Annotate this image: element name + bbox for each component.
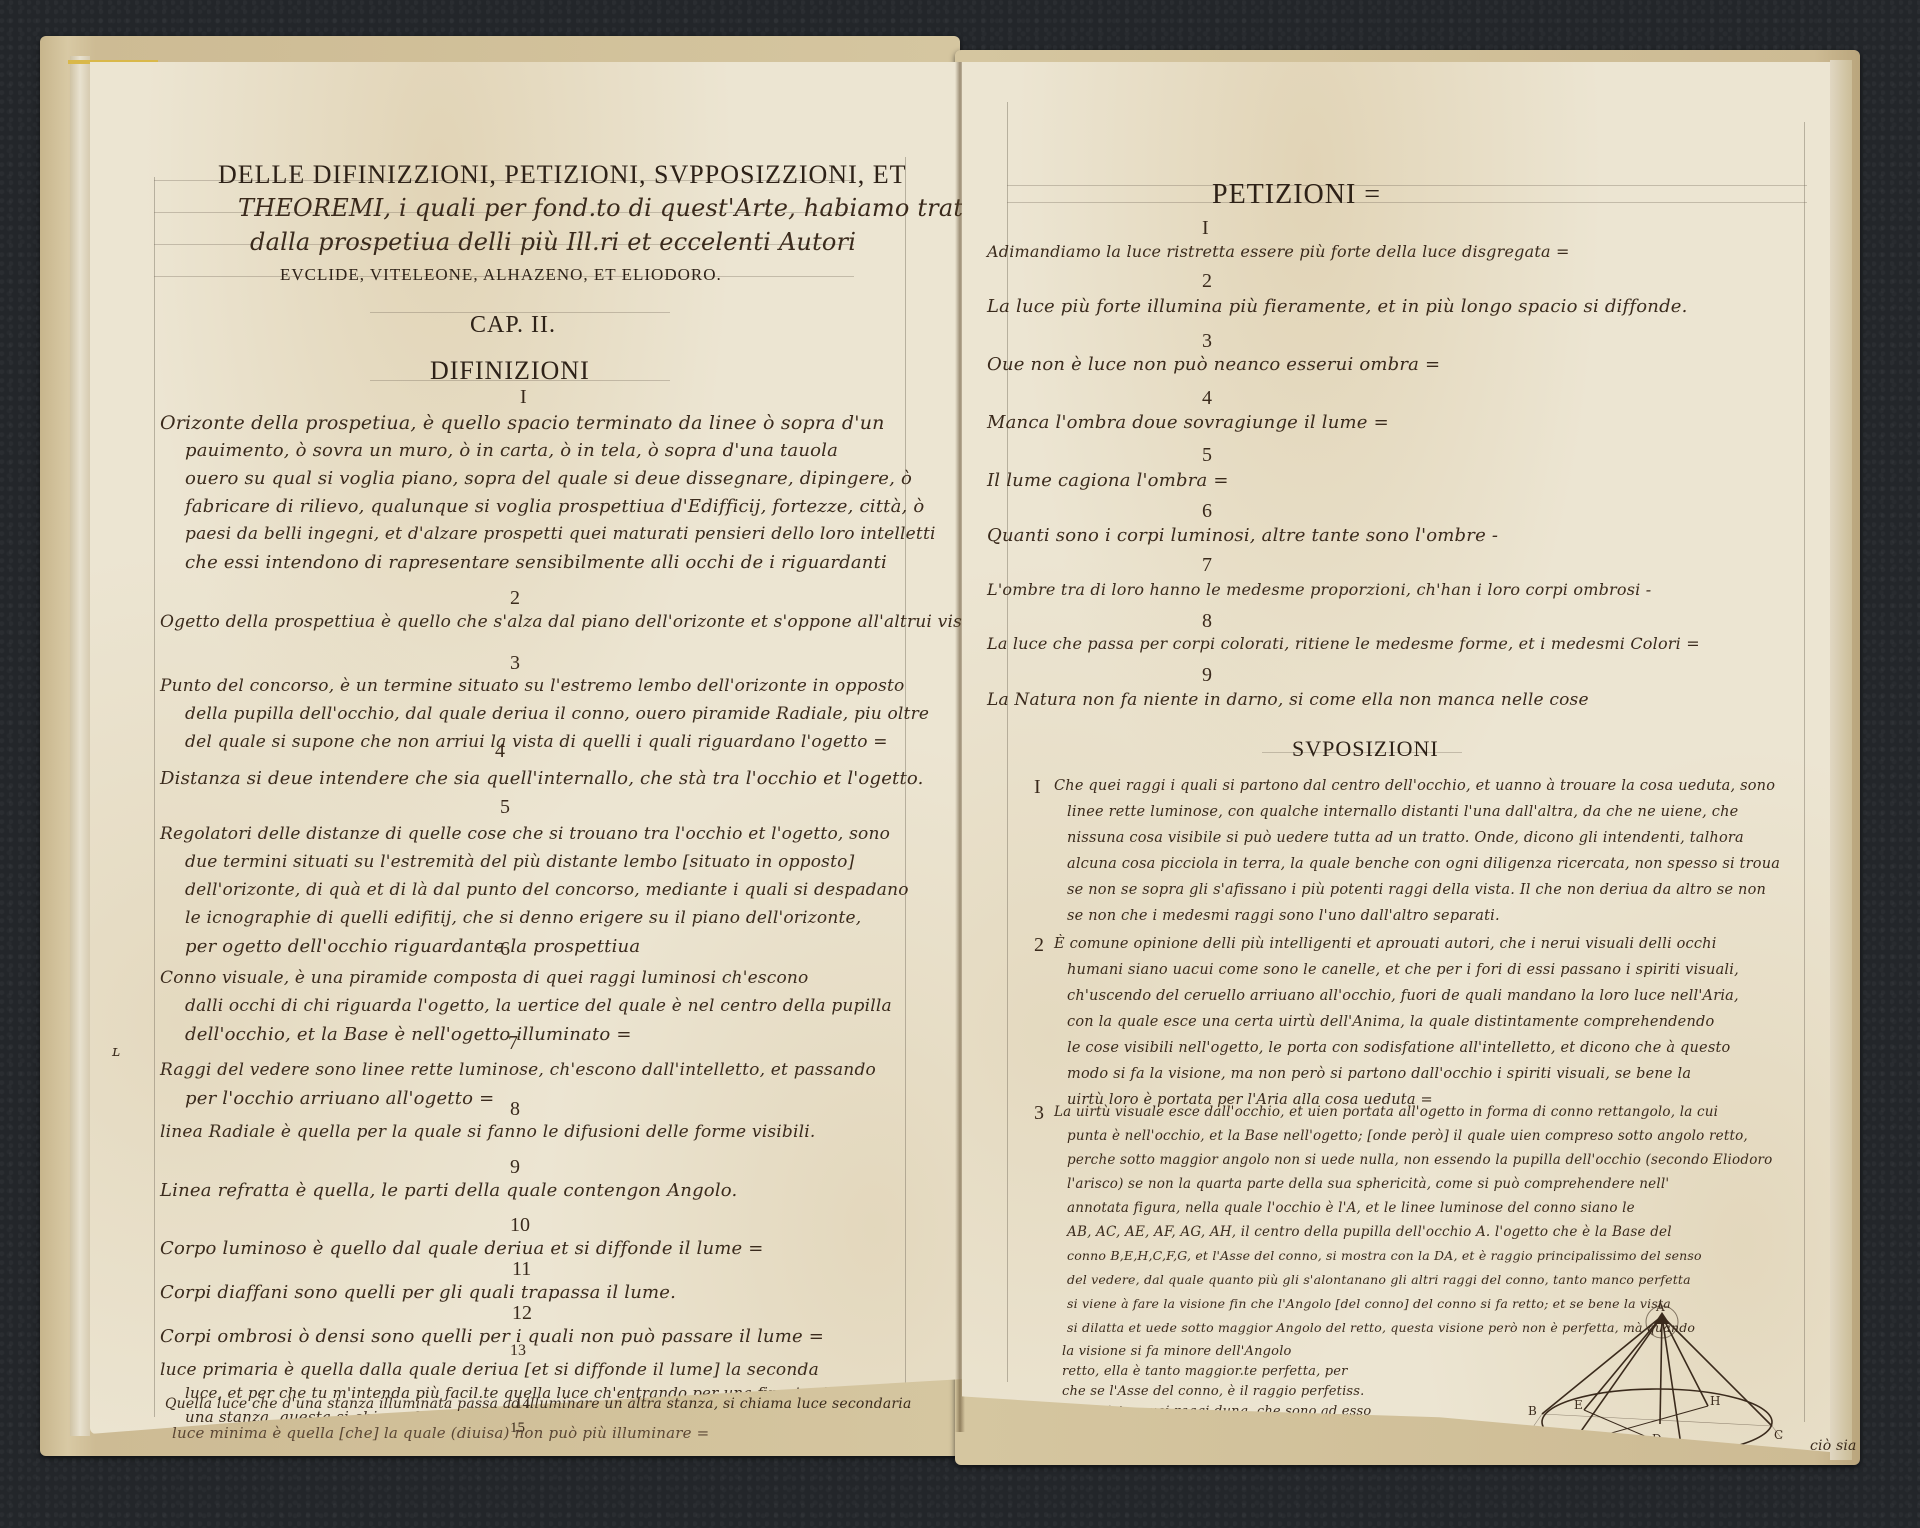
- petizioni-title: PETIZIONI =: [1212, 179, 1381, 211]
- petition-6: Quanti sono i corpi luminosi, altre tant…: [987, 525, 1498, 546]
- supposition-3-line: AB, AC, AE, AF, AG, AH, il centro della …: [1067, 1224, 1672, 1240]
- supposition-number: 3: [1034, 1102, 1044, 1125]
- definition-1-line: paesi da belli ingegni, et d'alzare pros…: [185, 524, 936, 544]
- definition-1-line: che essi intendono di rapresentare sensi…: [185, 552, 887, 573]
- definition-12-line: Corpi ombrosi ò densi sono quelli per i …: [160, 1326, 824, 1347]
- definition-number: 5: [500, 796, 510, 819]
- supposition-2-line: modo si fa la visione, ma non però si pa…: [1067, 1066, 1691, 1082]
- definition-7-line: per l'occhio arriuano all'ogetto =: [185, 1088, 494, 1109]
- definition-number: 9: [510, 1156, 520, 1179]
- catchword: ciò sia: [1810, 1438, 1857, 1454]
- supposition-1-line: Che quei raggi i quali si partono dal ce…: [1054, 778, 1775, 794]
- definition-1-line: ouero su qual si voglia piano, sopra del…: [185, 468, 912, 489]
- definition-15-line: luce minima è quella [che] la quale (diu…: [172, 1424, 709, 1442]
- diagram-label: H: [1710, 1394, 1721, 1408]
- definition-number: 6: [500, 938, 510, 961]
- supposition-3-line: del vedere, dal quale quanto più gli s'a…: [1067, 1272, 1691, 1287]
- petition-number: 5: [1202, 444, 1212, 467]
- supposizioni-title: SVPOSIZIONI: [1292, 736, 1439, 762]
- margin-rule: [154, 177, 155, 1417]
- ruling-line: [1007, 202, 1807, 203]
- definition-11-line: Corpi diaffani sono quelli per gli quali…: [160, 1282, 676, 1303]
- page-edges-right: [1830, 60, 1852, 1460]
- definition-number: I: [520, 386, 527, 409]
- right-page: PETIZIONI = I Adimandiamo la luce ristre…: [962, 62, 1830, 1452]
- supposition-3-line: l'arisco) se non la quarta parte della s…: [1067, 1176, 1669, 1192]
- supposition-1-line: alcuna cosa picciola in terra, la quale …: [1067, 856, 1780, 872]
- petition-9: La Natura non fa niente in darno, si com…: [987, 690, 1589, 710]
- supposition-2-line: humani siano uacui come sono le canelle,…: [1067, 962, 1739, 978]
- definition-6-line: dell'occhio, et la Base è nell'ogetto il…: [185, 1024, 632, 1045]
- diagram-label-apex: A: [1656, 1300, 1665, 1314]
- definition-number: 10: [510, 1214, 530, 1237]
- margin-column-line: retto, ella è tanto maggior.te perfetta,…: [1062, 1364, 1348, 1379]
- margin-rule: [1007, 102, 1008, 1382]
- supposition-2-line: È comune opinione delli più intelligenti…: [1054, 936, 1717, 952]
- supposition-1-line: se non se sopra gli s'afissano i più pot…: [1067, 882, 1766, 898]
- definition-10-line: Corpo luminoso è quello dal quale deriua…: [160, 1238, 764, 1259]
- page-edges-left: [70, 56, 90, 1436]
- petition-1: Adimandiamo la luce ristretta essere più…: [987, 242, 1570, 261]
- ruling-line: [1007, 185, 1807, 186]
- petition-number: 6: [1202, 500, 1212, 523]
- definition-14-line: Quella luce che d'una stanza illuminata …: [165, 1396, 912, 1412]
- supposition-3-line: La uirtù visuale esce dall'occhio, et ui…: [1054, 1104, 1718, 1120]
- petition-2: La luce più forte illumina più fierament…: [987, 296, 1688, 317]
- margin-column-line: che se l'Asse del conno, è il raggio per…: [1062, 1384, 1365, 1399]
- petition-number: 7: [1202, 554, 1212, 577]
- supposition-1-line: se non che i medesmi raggi sono l'uno da…: [1067, 908, 1500, 924]
- definition-5-line: le icnographie di quelli edifitij, che s…: [185, 908, 861, 928]
- supposition-2-line: con la quale esce una certa uirtù dell'A…: [1067, 1014, 1714, 1030]
- definition-4-line: Distanza si deue intendere che sia quell…: [160, 768, 924, 789]
- supposition-number: I: [1034, 776, 1041, 799]
- supposition-2-line: ch'uscendo del ceruello arriuano all'occ…: [1067, 988, 1739, 1004]
- definition-number: 13: [510, 1342, 526, 1360]
- supposition-3-line: conno B,E,H,C,F,G, et l'Asse del conno, …: [1067, 1248, 1702, 1263]
- diagram-label: C: [1774, 1428, 1783, 1442]
- definition-7-line: Raggi del vedere sono linee rette lumino…: [160, 1060, 876, 1080]
- supposition-3-line: annotata figura, nella quale l'occhio è …: [1067, 1200, 1635, 1216]
- definition-5-line: dell'orizonte, di quà et di là dal punto…: [185, 880, 909, 900]
- supposition-2-line: le cose visibili nell'ogetto, le porta c…: [1067, 1040, 1730, 1056]
- definition-3-line: del quale si supone che non arriui la vi…: [185, 732, 888, 752]
- petition-4: Manca l'ombra doue sovragiunge il lume =: [987, 412, 1389, 433]
- section-title-definitions: DIFINIZIONI: [430, 356, 590, 386]
- definition-5-line: due termini situati su l'estremità del p…: [185, 852, 854, 872]
- definition-3-line: Punto del concorso, è un termine situato…: [160, 676, 904, 696]
- petition-number: 3: [1202, 330, 1212, 353]
- definition-9-line: Linea refratta è quella, le parti della …: [160, 1180, 737, 1201]
- supposition-number: 2: [1034, 934, 1044, 957]
- left-page: DELLE DIFINIZZIONI, PETIZIONI, SVPPOSIZZ…: [90, 62, 962, 1434]
- definition-1-line: fabricare di rilievo, qualunque si vogli…: [185, 496, 924, 517]
- supposition-3-line: punta è nell'occhio, et la Base nell'oge…: [1067, 1128, 1748, 1144]
- definition-number: 8: [510, 1098, 520, 1121]
- petition-7: L'ombre tra di loro hanno le medesme pro…: [987, 580, 1651, 599]
- diagram-label: B: [1528, 1404, 1537, 1418]
- petition-number: 8: [1202, 610, 1212, 633]
- chapter-heading: CAP. II.: [470, 312, 556, 339]
- definition-5-line: Regolatori delle distanze di quelle cose…: [160, 824, 890, 844]
- margin-column-line: la visione si fa minore dell'Angolo: [1062, 1344, 1292, 1359]
- definition-3-line: della pupilla dell'occhio, dal quale der…: [185, 704, 929, 724]
- supposition-1-line: linee rette luminose, con qualche intern…: [1067, 804, 1738, 820]
- petition-number: 4: [1202, 387, 1212, 410]
- petition-number: 9: [1202, 664, 1212, 687]
- definition-number: 11: [512, 1258, 531, 1281]
- definition-number: 2: [510, 587, 520, 610]
- definition-6-line: Conno visuale, è una piramide composta d…: [160, 968, 809, 988]
- definition-number: 3: [510, 652, 520, 675]
- definition-6-line: dalli occhi di chi riguarda l'ogetto, la…: [185, 996, 892, 1016]
- supposition-1-line: nissuna cosa visibile si può uedere tutt…: [1067, 830, 1744, 846]
- margin-rule: [1804, 122, 1805, 1422]
- title-line-1: DELLE DIFINIZZIONI, PETIZIONI, SVPPOSIZZ…: [218, 160, 907, 190]
- petition-3: Oue non è luce non può neanco esserui om…: [987, 354, 1440, 375]
- definition-number: 4: [495, 740, 505, 763]
- definition-8-line: linea Radiale è quella per la quale si f…: [160, 1122, 815, 1142]
- petition-number: I: [1202, 217, 1209, 240]
- petition-number: 2: [1202, 270, 1212, 293]
- definition-5-line: per ogetto dell'occhio riguardante la pr…: [185, 936, 640, 957]
- petition-5: Il lume cagiona l'ombra =: [987, 470, 1229, 491]
- diagram-label: E: [1574, 1398, 1583, 1412]
- authors-line: EVCLIDE, VITELEONE, ALHAZENO, ET ELIODOR…: [280, 265, 722, 285]
- definition-1-line: Orizonte della prospetiua, è quello spac…: [160, 412, 885, 434]
- definition-number: 12: [512, 1302, 532, 1325]
- margin-mark: ʟ: [112, 1042, 120, 1060]
- definition-1-line: pauimento, ò sovra un muro, ò in carta, …: [185, 440, 838, 461]
- definition-2-line: Ogetto della prospettiua è quello che s'…: [160, 612, 962, 632]
- title-line-2: THEOREMI, i quali per fond.to di quest'A…: [238, 194, 962, 222]
- definition-number: 7: [508, 1032, 518, 1055]
- supposition-3-line: perche sotto maggior angolo non si uede …: [1067, 1152, 1773, 1168]
- definition-13-line: luce primaria è quella dalla quale deriu…: [160, 1360, 819, 1380]
- petition-8: La luce che passa per corpi colorati, ri…: [987, 634, 1700, 653]
- title-line-3: dalla prospetiua delli più Ill.ri et ecc…: [250, 228, 856, 256]
